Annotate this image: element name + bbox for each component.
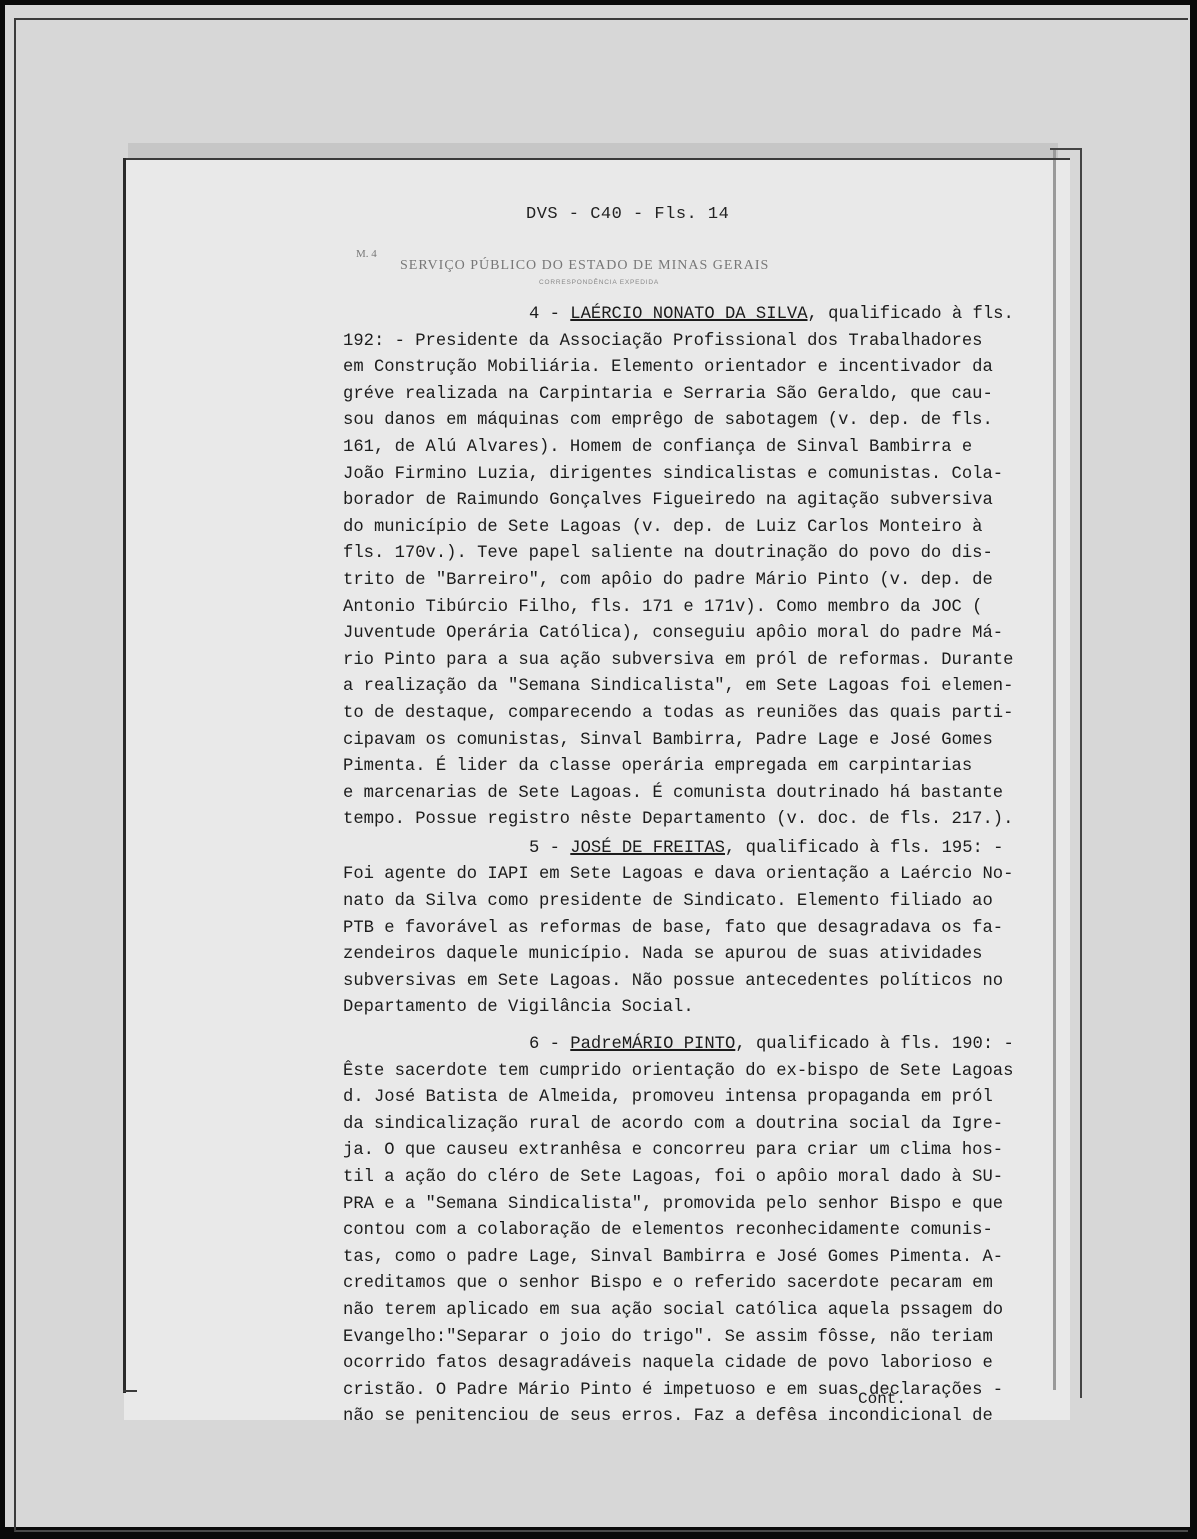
text-line: Pimenta. É lider da classe operária empr…	[343, 754, 1053, 781]
section-qualifier: , qualificado à fls.	[808, 305, 1014, 324]
text-line: contou com a colaboração de elementos re…	[343, 1218, 1053, 1245]
section-heading: 5 - JOSÉ DE FREITAS, qualificado à fls. …	[343, 836, 1053, 863]
continuation-marker: Cont.	[858, 1390, 906, 1408]
form-code: M. 4	[356, 248, 377, 260]
text-line: borador de Raimundo Gonçalves Figueiredo…	[343, 488, 1053, 515]
inner-frame-left	[123, 158, 126, 1393]
text-line: João Firmino Luzia, dirigentes sindicali…	[343, 462, 1053, 489]
text-line: nato da Silva como presidente de Sindica…	[343, 889, 1053, 916]
text-line: Antonio Tibúrcio Filho, fls. 171 e 171v)…	[343, 595, 1053, 622]
section-heading: 4 - LAÉRCIO NONATO DA SILVA, qualificado…	[343, 302, 1053, 329]
text-line: rio Pinto para a sua ação subversiva em …	[343, 648, 1053, 675]
text-line: ocorrido fatos desagradáveis naquela cid…	[343, 1351, 1053, 1378]
section-qualifier: , qualificado à fls. 195: -	[725, 839, 1003, 858]
text-line: Foi agente do IAPI em Sete Lagoas e dava…	[343, 862, 1053, 889]
text-line: gréve realizada na Carpintaria e Serrari…	[343, 382, 1053, 409]
person-name: PadreMÁRIO PINTO	[570, 1035, 735, 1054]
inner-frame-bottom	[123, 1390, 137, 1392]
text-line: e marcenarias de Sete Lagoas. É comunist…	[343, 781, 1053, 808]
text-line: tas, como o padre Lage, Sinval Bambirra …	[343, 1245, 1053, 1272]
page-reference: DVS - C40 - Fls. 14	[526, 205, 729, 224]
text-line: zendeiros daquele município. Nada se apu…	[343, 942, 1053, 969]
text-line: fls. 170v.). Teve papel saliente na dout…	[343, 541, 1053, 568]
text-line: Juventude Operária Católica), conseguiu …	[343, 621, 1053, 648]
text-line: trito de "Barreiro", com apôio do padre …	[343, 568, 1053, 595]
section-number: 4	[529, 305, 539, 324]
text-line: a realização da "Semana Sindicalista", e…	[343, 674, 1053, 701]
text-line: 192: - Presidente da Associação Profissi…	[343, 329, 1053, 356]
text-line: cipavam os comunistas, Sinval Bambirra, …	[343, 728, 1053, 755]
text-line: to de destaque, comparecendo a todas as …	[343, 701, 1053, 728]
text-line: Êste sacerdote tem cumprido orientação d…	[343, 1059, 1053, 1086]
text-line: em Construção Mobiliária. Elemento orien…	[343, 355, 1053, 382]
letterhead-subtitle: CORRESPONDÊNCIA EXPEDIDA	[539, 279, 659, 286]
section-number: 5	[529, 839, 539, 858]
text-line: til a ação do cléro de Sete Lagoas, foi …	[343, 1165, 1053, 1192]
section-heading: 6 - PadreMÁRIO PINTO, qualificado à fls.…	[343, 1032, 1053, 1059]
text-line: sou danos em máquinas com emprêgo de sab…	[343, 408, 1053, 435]
person-name: LAÉRCIO NONATO DA SILVA	[570, 305, 807, 324]
text-line: não terem aplicado em sua ação social ca…	[343, 1298, 1053, 1325]
text-line: do município de Sete Lagoas (v. dep. de …	[343, 515, 1053, 542]
inner-frame-top	[124, 158, 1070, 160]
section-number: 6	[529, 1035, 539, 1054]
document-body: 4 - LAÉRCIO NONATO DA SILVA, qualificado…	[343, 302, 1053, 1431]
text-line: creditamos que o senhor Bispo e o referi…	[343, 1271, 1053, 1298]
text-line: tempo. Possue registro nêste Departament…	[343, 807, 1053, 834]
text-line: cristão. O Padre Mário Pinto é impetuoso…	[343, 1378, 1053, 1405]
letterhead-title: SERVIÇO PÚBLICO DO ESTADO DE MINAS GERAI…	[400, 258, 769, 274]
text-line: da sindicalização rural de acordo com a …	[343, 1112, 1053, 1139]
text-line: Departamento de Vigilância Social.	[343, 995, 1053, 1022]
text-line: d. José Batista de Almeida, promoveu int…	[343, 1085, 1053, 1112]
section-qualifier: , qualificado à fls. 190: -	[735, 1035, 1013, 1054]
text-line: Evangelho:"Separar o joio do trigo". Se …	[343, 1325, 1053, 1352]
right-rail-shade	[1053, 150, 1056, 1390]
person-name: JOSÉ DE FREITAS	[570, 839, 725, 858]
text-line: subversivas em Sete Lagoas. Não possue a…	[343, 969, 1053, 996]
text-line: 161, de Alú Alvares). Homem de confiança…	[343, 435, 1053, 462]
text-line: PRA e a "Semana Sindicalista", promovida…	[343, 1192, 1053, 1219]
text-line: ja. O que causeu extranhêsa e concorreu …	[343, 1138, 1053, 1165]
text-line: PTB e favorável as reformas de base, fat…	[343, 916, 1053, 943]
text-line: não se penitenciou de seus erros. Faz a …	[343, 1404, 1053, 1431]
